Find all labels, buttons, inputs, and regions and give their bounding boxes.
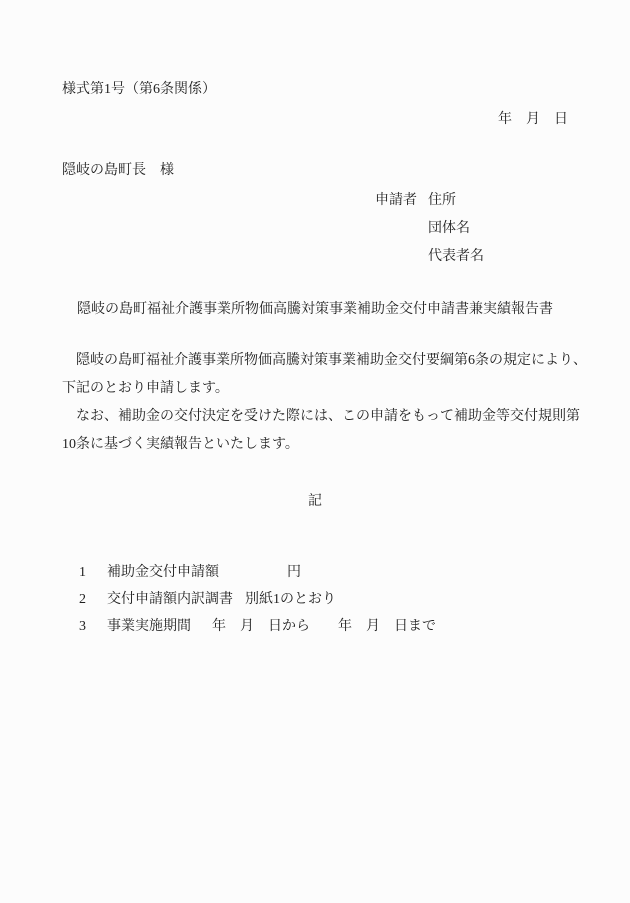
- addressee: 隠岐の島町長 様: [62, 161, 174, 181]
- applicant-field-address: 住所: [428, 191, 456, 211]
- item-value: 年 月 日から 年 月 日まで: [212, 619, 436, 634]
- body-line-2: 下記のとおり申請します。: [62, 379, 229, 399]
- body-line-1: 隠岐の島町福祉介護事業所物価高騰対策事業補助金交付要綱第6条の規定により、: [62, 351, 587, 371]
- body-line-3: なお、補助金の交付決定を受けた際には、この申請をもって補助金等交付規則第: [62, 407, 580, 427]
- body-line-4: 10条に基づく実績報告といたします。: [62, 435, 299, 455]
- item-row-project-period: 3事業実施期間年 月 日から 年 月 日まで: [65, 597, 436, 657]
- application-form-document: 様式第1号（第6条関係） 年 月 日 隠岐の島町長 様 申請者 住所 団体名 代…: [0, 0, 630, 903]
- applicant-field-organization: 団体名: [428, 219, 470, 239]
- form-number: 様式第1号（第6条関係）: [62, 80, 216, 100]
- document-title: 隠岐の島町福祉介護事業所物価高騰対策事業補助金交付申請書兼実績報告書: [0, 300, 630, 320]
- date-line: 年 月 日: [498, 110, 568, 130]
- applicant-field-representative: 代表者名: [428, 247, 484, 267]
- section-mark-ki: 記: [0, 492, 630, 512]
- item-label: 事業実施期間: [107, 619, 191, 634]
- item-number: 3: [79, 617, 107, 637]
- applicant-label: 申請者: [375, 191, 417, 211]
